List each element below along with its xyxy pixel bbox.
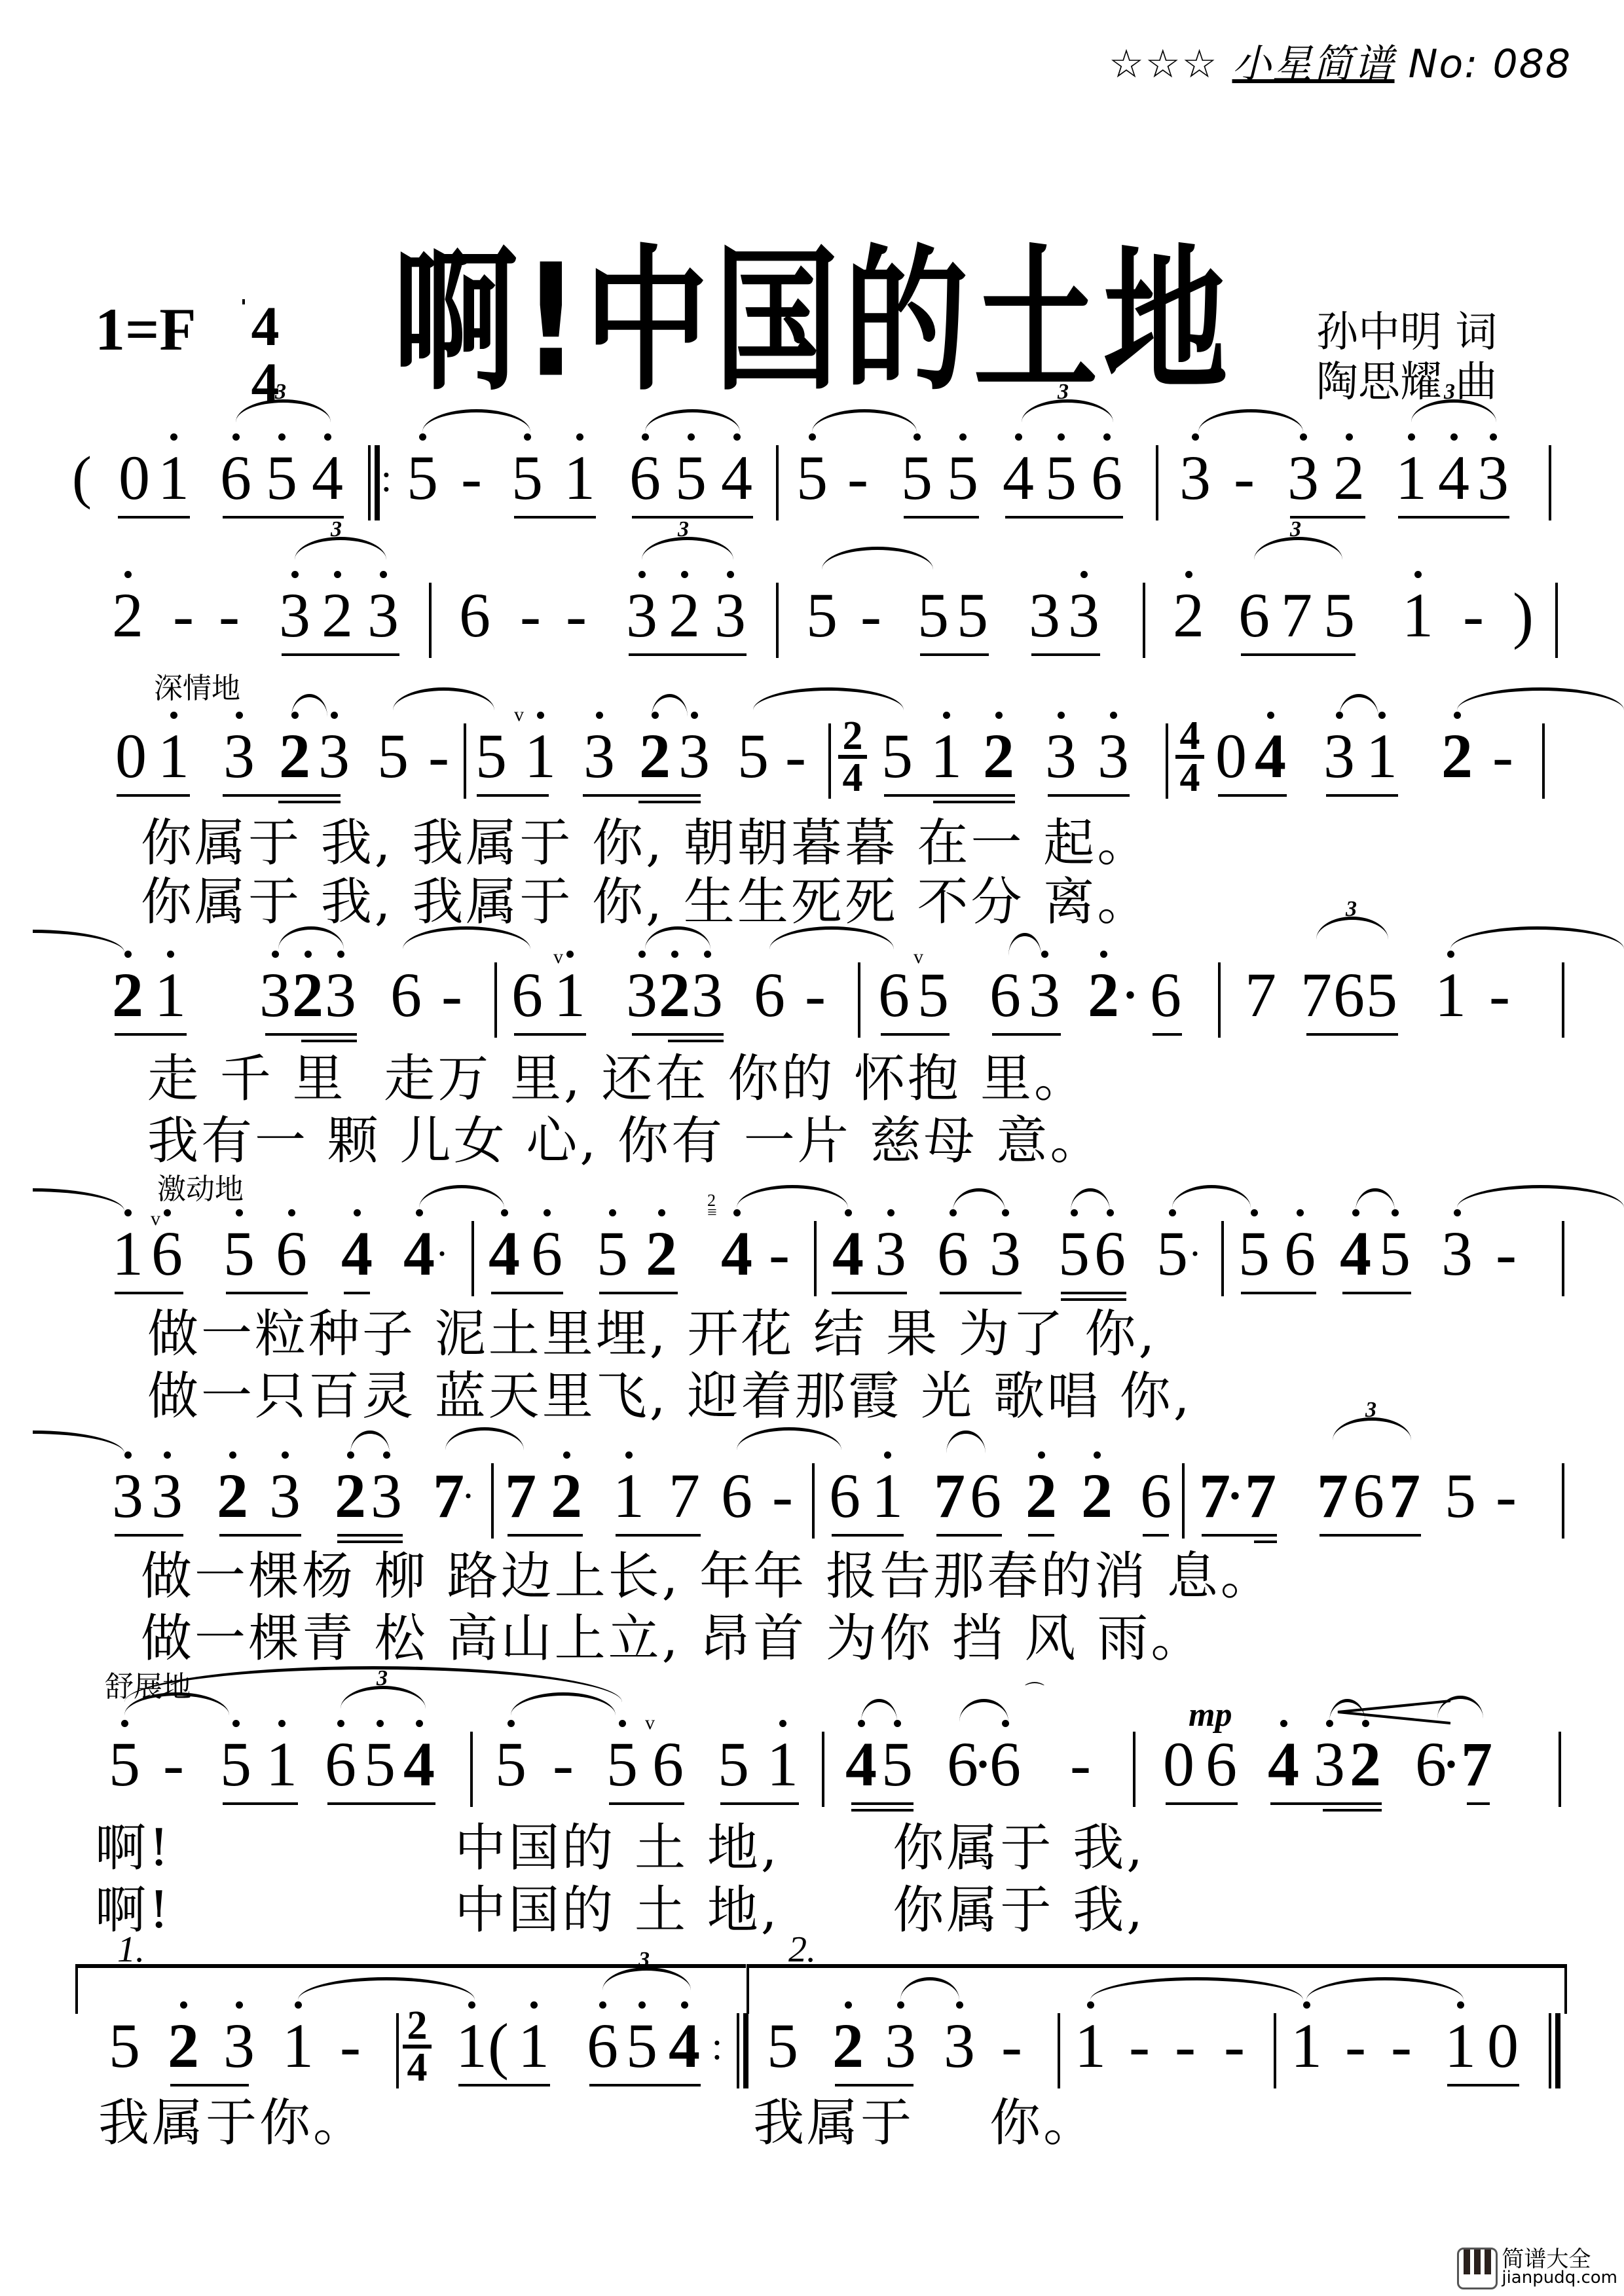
score-number: No: 088 bbox=[1409, 41, 1572, 87]
note: 6 bbox=[511, 962, 544, 1028]
underline bbox=[514, 1033, 586, 1036]
note: 7 bbox=[1300, 962, 1333, 1028]
underline bbox=[1241, 1292, 1316, 1294]
note: 1 bbox=[1074, 2013, 1107, 2079]
barline bbox=[828, 723, 831, 799]
note: 5 bbox=[881, 723, 913, 789]
note: 1 bbox=[1401, 583, 1434, 648]
tie bbox=[959, 1699, 1008, 1722]
triplet-mark: 3 bbox=[678, 517, 689, 542]
tie bbox=[1172, 1185, 1251, 1208]
note: 3 bbox=[278, 583, 311, 648]
underline bbox=[265, 1033, 357, 1036]
underline bbox=[1270, 1802, 1382, 1805]
dash: - bbox=[517, 583, 544, 648]
expression-mark: 深情地 bbox=[154, 665, 240, 706]
note: 7 bbox=[432, 1463, 465, 1529]
note: 4 bbox=[1002, 445, 1035, 511]
underline bbox=[884, 794, 1015, 797]
note: 5 bbox=[766, 2013, 799, 2079]
note: 4 bbox=[668, 2013, 701, 2079]
note: 5 bbox=[511, 445, 544, 511]
note: 5 bbox=[406, 445, 439, 511]
note: 0 bbox=[1486, 2013, 1519, 2079]
note: 1 bbox=[563, 445, 596, 511]
underline bbox=[851, 1802, 913, 1805]
underline bbox=[223, 516, 344, 519]
barline bbox=[858, 962, 860, 1038]
underline bbox=[881, 1033, 950, 1036]
note: 6 bbox=[877, 962, 910, 1028]
note: 3 bbox=[367, 583, 399, 648]
lyrics-verse-2-b: 我有一 颗 儿女 心, 你有 一片 慈母 意。 bbox=[147, 1100, 1103, 1173]
composer: 陶思耀 曲 bbox=[1316, 357, 1497, 407]
dash: - bbox=[1221, 2013, 1247, 2079]
score-line-verse-4: 3 3 2 3 2 3 7 · 7 2 1 7 6 - 6 1 7 6 2 2 … bbox=[0, 1463, 1624, 1542]
time-signature-change: 24 bbox=[403, 2007, 432, 2086]
slur bbox=[953, 1188, 1005, 1211]
note: 6 bbox=[586, 2013, 619, 2079]
note: 3 bbox=[1028, 962, 1061, 1028]
triplet-mark: 3 bbox=[1444, 380, 1455, 405]
note: 3 bbox=[318, 723, 350, 789]
note: 3 bbox=[1441, 1221, 1473, 1286]
underline bbox=[1166, 1802, 1238, 1805]
tie bbox=[1450, 926, 1624, 949]
note: 6 bbox=[1238, 583, 1270, 648]
underline bbox=[477, 794, 549, 797]
note: 5 bbox=[946, 445, 979, 511]
note: 5 bbox=[108, 2013, 141, 2079]
underline bbox=[1005, 516, 1123, 519]
note: 1 bbox=[871, 1463, 904, 1529]
breath-mark: v bbox=[913, 946, 923, 968]
note: 4 bbox=[720, 1221, 753, 1286]
note: 5 bbox=[917, 962, 950, 1028]
note: 2 bbox=[334, 1463, 367, 1529]
slur bbox=[1071, 1188, 1110, 1211]
dot: · bbox=[1225, 1463, 1238, 1529]
barline bbox=[396, 2013, 399, 2088]
note: 3 bbox=[1067, 583, 1100, 648]
tie bbox=[419, 1185, 504, 1208]
note: 4 bbox=[311, 445, 344, 511]
note: 7 bbox=[1388, 1463, 1421, 1529]
fermata-icon: ⌒ bbox=[1025, 1676, 1044, 1705]
barline bbox=[1221, 1221, 1224, 1296]
underline bbox=[632, 516, 753, 519]
dash: - bbox=[170, 583, 196, 648]
note: 2 bbox=[832, 2013, 864, 2079]
underline bbox=[1319, 1534, 1421, 1537]
note: 5 bbox=[625, 2013, 658, 2079]
note: 4 bbox=[488, 1221, 521, 1286]
note: 6 bbox=[458, 583, 491, 648]
note: 5 bbox=[363, 1732, 396, 1797]
dash: - bbox=[1493, 1463, 1519, 1529]
dash: - bbox=[458, 445, 485, 511]
note: 4 bbox=[832, 1221, 864, 1286]
piano-icon bbox=[1457, 2248, 1498, 2289]
note: 3 bbox=[714, 583, 747, 648]
note: 2 bbox=[550, 1463, 583, 1529]
key-signature: 1=F bbox=[95, 295, 196, 364]
note: 5 bbox=[1378, 1221, 1411, 1286]
dash: - bbox=[563, 583, 589, 648]
note: 4 bbox=[403, 1732, 435, 1797]
note: 4 bbox=[1437, 445, 1470, 511]
note: 5 bbox=[1323, 583, 1356, 648]
note: 1 bbox=[111, 1221, 144, 1286]
note: 5 bbox=[606, 1732, 638, 1797]
tie bbox=[822, 547, 933, 570]
dash: - bbox=[550, 1732, 576, 1797]
note: 5 bbox=[223, 1221, 255, 1286]
tie bbox=[393, 687, 494, 710]
barline bbox=[1218, 962, 1221, 1038]
dash: - bbox=[1486, 962, 1513, 1028]
underline bbox=[583, 794, 701, 797]
note: 3 bbox=[943, 2013, 976, 2079]
stars-icon: ☆☆☆ bbox=[1109, 41, 1218, 87]
note: 5 bbox=[1365, 962, 1398, 1028]
note: 1 bbox=[154, 962, 187, 1028]
dot: · bbox=[1441, 1732, 1454, 1797]
dot: · bbox=[1120, 962, 1133, 1028]
note: 3 bbox=[1313, 1732, 1346, 1797]
triplet-mark: 3 bbox=[377, 1666, 388, 1691]
underline bbox=[1031, 653, 1100, 656]
tie-continued bbox=[33, 1430, 124, 1453]
barline bbox=[1562, 962, 1564, 1038]
note: 2 bbox=[1080, 1463, 1113, 1529]
note: 3 bbox=[874, 1221, 907, 1286]
note: 5 bbox=[108, 1732, 141, 1797]
triplet-mark: 3 bbox=[1290, 517, 1301, 542]
breath-mark: v bbox=[151, 1208, 160, 1230]
note: 3 bbox=[625, 962, 658, 1028]
dash: - bbox=[802, 962, 828, 1028]
tie-continued bbox=[33, 930, 124, 953]
note: 6 bbox=[1149, 962, 1182, 1028]
note: 2 bbox=[658, 962, 691, 1028]
final-barline bbox=[1549, 2013, 1560, 2088]
note: 1 bbox=[517, 2013, 550, 2079]
underline bbox=[632, 1033, 724, 1036]
slur bbox=[652, 694, 688, 717]
note: 5 bbox=[796, 445, 828, 511]
note: 2 bbox=[291, 962, 324, 1028]
lyrics-chorus-b: 啊! 中国的 土 地, 你属于 我, bbox=[95, 1869, 1145, 1942]
note: 1 bbox=[930, 723, 963, 789]
note: 2 bbox=[278, 723, 311, 789]
note: 6 bbox=[1090, 445, 1123, 511]
note: 1 bbox=[1395, 445, 1428, 511]
note: 1 bbox=[524, 723, 557, 789]
underline bbox=[1048, 794, 1130, 797]
dash: - bbox=[858, 583, 884, 648]
note: 2 bbox=[167, 2013, 200, 2079]
note: 5 bbox=[377, 723, 409, 789]
note: 5 bbox=[1238, 1221, 1270, 1286]
note: 2 bbox=[1172, 583, 1205, 648]
note: 6 bbox=[1333, 962, 1365, 1028]
note: 6 bbox=[969, 1463, 1002, 1529]
underline bbox=[720, 1802, 799, 1805]
score-line-intro-1: ( 0 1 6 5 4 3 : 5 - 5 1 6 5 4 5 - 5 5 4 … bbox=[0, 445, 1624, 524]
dash: - bbox=[1126, 2013, 1153, 2079]
dash: - bbox=[999, 2013, 1025, 2079]
note: 4 bbox=[403, 1221, 435, 1286]
note: 7 bbox=[933, 1463, 966, 1529]
score-line-intro-2: 2 - - 3 2 3 3 6 - - 3 2 3 3 5 - 5 5 3 3 … bbox=[0, 583, 1624, 661]
barline bbox=[1555, 583, 1558, 658]
note: 4 bbox=[1254, 723, 1287, 789]
barline bbox=[429, 583, 432, 658]
breath-mark: v bbox=[553, 946, 563, 968]
note: 6 bbox=[989, 962, 1022, 1028]
note: 6 bbox=[1139, 1463, 1172, 1529]
note: 5 bbox=[219, 1732, 252, 1797]
underline bbox=[282, 653, 399, 656]
note: 3 bbox=[1097, 723, 1130, 789]
lyrics-verse-3-b: 做一只百灵 蓝天里飞, 迎着那霞 光 歌唱 你, bbox=[147, 1355, 1192, 1429]
underline bbox=[589, 2084, 701, 2086]
note: 2 bbox=[111, 962, 144, 1028]
triplet-mark: 3 bbox=[1346, 897, 1357, 922]
note: 6 bbox=[828, 1463, 861, 1529]
slur bbox=[1356, 1188, 1395, 1211]
underline bbox=[1326, 794, 1398, 797]
barline bbox=[812, 1463, 815, 1539]
note: 1 bbox=[157, 723, 190, 789]
dash: - bbox=[1231, 445, 1257, 511]
barline bbox=[1562, 1463, 1564, 1539]
note: 2 bbox=[111, 583, 144, 648]
lyrics-verse-1-b: 你属于 我, 我属于 你, 生生死死 不分 离。 bbox=[141, 861, 1151, 934]
breath-mark: v bbox=[645, 1712, 655, 1734]
barline bbox=[471, 1221, 474, 1296]
slur bbox=[291, 694, 327, 717]
underline bbox=[904, 516, 979, 519]
barline bbox=[822, 1732, 824, 1807]
note: 3 bbox=[1287, 445, 1319, 511]
barline bbox=[776, 583, 779, 658]
note: 3 bbox=[1044, 723, 1077, 789]
dash: - bbox=[783, 723, 809, 789]
dash: - bbox=[160, 1732, 187, 1797]
underline bbox=[1306, 1033, 1398, 1036]
slur bbox=[1008, 933, 1041, 956]
note: 7 bbox=[1280, 583, 1313, 648]
dash: - bbox=[1490, 723, 1516, 789]
slur bbox=[350, 1430, 390, 1453]
note: 2 bbox=[982, 723, 1015, 789]
note: 1 bbox=[766, 1732, 799, 1797]
tie bbox=[753, 687, 904, 710]
score-line-chorus: 5 - 5 1 6 5 4 3 5 - 5 6 v 5 1 4 5 6 · 6 … bbox=[0, 1732, 1624, 1810]
note: 0 bbox=[115, 723, 147, 789]
underline bbox=[1342, 1292, 1411, 1294]
breath-mark: v bbox=[514, 704, 524, 726]
time-signature-change: 24 bbox=[838, 717, 867, 797]
note: 2 bbox=[216, 1463, 249, 1529]
note: 3 bbox=[324, 962, 357, 1028]
triplet-mark: 3 bbox=[275, 380, 286, 405]
barline bbox=[1562, 1221, 1564, 1296]
underline bbox=[1467, 1802, 1490, 1805]
note: 6 bbox=[390, 962, 422, 1028]
watermark-cn: 简谱大全 bbox=[1502, 2250, 1617, 2269]
tie bbox=[1457, 687, 1624, 710]
note: 5 bbox=[717, 1732, 750, 1797]
dash: - bbox=[766, 1221, 792, 1286]
slur bbox=[1339, 694, 1378, 717]
note: 2 bbox=[1087, 962, 1120, 1028]
note: 2 bbox=[638, 723, 671, 789]
note: 4 bbox=[341, 1221, 373, 1286]
paren-open: ( bbox=[69, 445, 95, 511]
lyrics-ending-1: 我属于你。 bbox=[98, 2082, 367, 2155]
note: 3 bbox=[259, 962, 291, 1028]
note: 6 bbox=[1094, 1221, 1126, 1286]
note: 6 bbox=[989, 1732, 1022, 1797]
barline bbox=[464, 723, 466, 799]
dash: - bbox=[1172, 2013, 1198, 2079]
note: 5 bbox=[900, 445, 933, 511]
underline bbox=[514, 516, 596, 519]
note: 3 bbox=[691, 962, 724, 1028]
tie bbox=[1457, 1185, 1624, 1208]
note: 3 bbox=[583, 723, 616, 789]
note: 6 bbox=[324, 1732, 357, 1797]
note: 6 bbox=[219, 445, 252, 511]
note: 1 bbox=[455, 2013, 488, 2079]
underline bbox=[223, 1802, 298, 1805]
note: 3 bbox=[989, 1221, 1022, 1286]
paren-open: ( bbox=[488, 2013, 507, 2079]
page-title: 啊!中国的土地 bbox=[393, 196, 1233, 420]
note: 0 bbox=[1215, 723, 1247, 789]
note: 1 bbox=[157, 445, 190, 511]
note: 2 bbox=[668, 583, 701, 648]
underline bbox=[629, 653, 747, 656]
underline bbox=[118, 516, 190, 519]
dash: - bbox=[1067, 1732, 1094, 1797]
note: 6 bbox=[151, 1221, 183, 1286]
underline bbox=[223, 794, 341, 797]
note: 3 bbox=[151, 1463, 183, 1529]
note: 2 bbox=[1333, 445, 1365, 511]
note: 6 bbox=[720, 1463, 753, 1529]
underline bbox=[1241, 653, 1356, 656]
note: 6 bbox=[629, 445, 661, 511]
note: 1 bbox=[282, 2013, 314, 2079]
underline bbox=[920, 653, 989, 656]
dash: - bbox=[439, 962, 465, 1028]
underline bbox=[458, 2084, 550, 2086]
barline bbox=[1166, 723, 1168, 799]
credits: 孙中明 词 陶思耀 曲 bbox=[1316, 308, 1497, 407]
header-tag: ☆☆☆ 小星简谱 No: 088 bbox=[1109, 33, 1572, 89]
note: 5 bbox=[1058, 1221, 1090, 1286]
note: 4 bbox=[845, 1732, 877, 1797]
underline bbox=[1218, 794, 1287, 797]
note: 7 bbox=[1316, 1463, 1349, 1529]
dash: - bbox=[1460, 583, 1486, 648]
note: 5 bbox=[1444, 1463, 1477, 1529]
note: 0 bbox=[1162, 1732, 1195, 1797]
note: 3 bbox=[1028, 583, 1061, 648]
repeat-dots: : bbox=[380, 445, 393, 511]
dot: · bbox=[972, 1732, 986, 1797]
slur bbox=[946, 1430, 986, 1453]
watermark-url: jianpudq.com bbox=[1502, 2269, 1617, 2287]
note: 5 bbox=[1156, 1221, 1189, 1286]
note: 2 bbox=[645, 1221, 678, 1286]
watermark-logo: 简谱大全 jianpudq.com bbox=[1457, 2248, 1617, 2289]
note: 7 bbox=[504, 1463, 537, 1529]
note: 6 bbox=[1205, 1732, 1238, 1797]
dash: - bbox=[216, 583, 242, 648]
paren-close: ) bbox=[1513, 583, 1532, 648]
note: 2 bbox=[1025, 1463, 1058, 1529]
barline bbox=[494, 962, 497, 1038]
repeat-dots: : bbox=[710, 2013, 724, 2079]
barline bbox=[814, 1221, 817, 1296]
note: 1 bbox=[1434, 962, 1467, 1028]
note: 5 bbox=[917, 583, 950, 648]
underline bbox=[1290, 516, 1365, 519]
lyrics-verse-4-b: 做一棵青 松 高山上立, 昂首 为你 挡 风 雨。 bbox=[141, 1597, 1204, 1671]
note: 5 bbox=[881, 1732, 913, 1797]
note: 3 bbox=[884, 2013, 917, 2079]
note: 1 bbox=[1444, 2013, 1477, 2079]
underline bbox=[1447, 2084, 1519, 2086]
dash: - bbox=[1342, 2013, 1369, 2079]
note: 5 bbox=[475, 723, 507, 789]
dot: · bbox=[435, 1221, 449, 1286]
barline bbox=[1542, 723, 1545, 799]
note: 3 bbox=[111, 1463, 144, 1529]
score-line-verse-1: 0 1 3 2 3 5 - 5 1 v 3 2 3 5 - 24 5 1 2 3… bbox=[0, 723, 1624, 802]
barline bbox=[1559, 1732, 1561, 1807]
triplet-mark: 3 bbox=[1058, 380, 1069, 405]
barline bbox=[1143, 583, 1145, 658]
dot: · bbox=[462, 1463, 475, 1529]
note: 4 bbox=[1339, 1221, 1372, 1286]
dash: - bbox=[337, 2013, 363, 2079]
site-name: 小星简谱 bbox=[1232, 41, 1395, 87]
note: 5 bbox=[737, 723, 769, 789]
note: 3 bbox=[1323, 723, 1356, 789]
underline bbox=[1398, 516, 1509, 519]
note: 0 bbox=[118, 445, 151, 511]
note: 2 bbox=[1441, 723, 1473, 789]
score-line-verse-3: 1 6 v 5 6 4 4 · 4 6 5 2 2≡ 4 - 4 3 6 3 5… bbox=[0, 1221, 1624, 1300]
note: 7 bbox=[1460, 1732, 1493, 1797]
note: 5 bbox=[1044, 445, 1077, 511]
note: 3 bbox=[1477, 445, 1509, 511]
note: 5 bbox=[805, 583, 838, 648]
slur bbox=[861, 1699, 897, 1722]
note: 7 bbox=[1244, 962, 1277, 1028]
barline bbox=[1133, 1732, 1135, 1807]
note: 3 bbox=[1179, 445, 1211, 511]
note: 3 bbox=[223, 2013, 255, 2079]
barline bbox=[1182, 1463, 1185, 1539]
note: 6 bbox=[1283, 1221, 1316, 1286]
